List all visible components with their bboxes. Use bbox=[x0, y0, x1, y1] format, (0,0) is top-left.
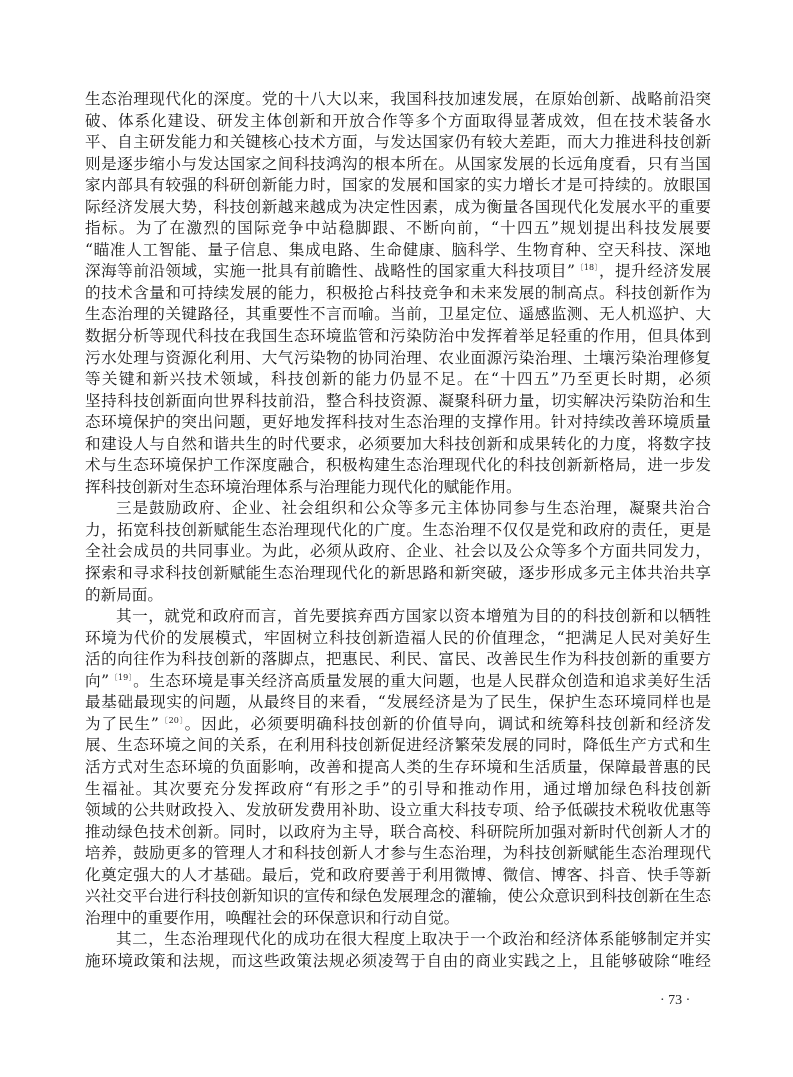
text-line: 三是鼓励政府、企业、社会组织和公众等多元主体协同参与生态治理，凝聚共治合 bbox=[85, 498, 711, 520]
text-line: 治理中的重要作用，唤醒社会的环保意识和行动自觉。 bbox=[85, 908, 711, 930]
text-line: 生福祉。其次要充分发挥政府“有形之手”的引导和推动作用，通过增加绿色科技创新 bbox=[85, 779, 711, 801]
text-line: 生态治理的关键路径，其重要性不言而喻。当前，卫星定位、遥感监测、无人机巡护、大 bbox=[85, 304, 711, 326]
text-line: 和建设人与自然和谐共生的时代要求，必须要加大科技创新和成果转化的力度，将数字技 bbox=[85, 434, 711, 456]
text-line: 态环境保护的突出问题，更好地发挥科技对生态治理的支撑作用。针对持续改善环境质量 bbox=[85, 412, 711, 434]
text-line: 则是逐步缩小与发达国家之间科技鸿沟的根本所在。从国家发展的长远角度看，只有当国 bbox=[85, 154, 711, 176]
text-line: 全社会成员的共同事业。为此，必须从政府、企业、社会以及公众等多个方面共同发力， bbox=[85, 541, 711, 563]
text-line: 最基础最现实的问题，从最终目的来看，“发展经济是为了民生，保护生态环境同样也是 bbox=[85, 692, 711, 714]
text-line: 的新局面。 bbox=[85, 585, 711, 607]
citation-marker: 〔19〕 bbox=[109, 673, 133, 682]
text-line: 领域的公共财政投入、发放研发费用补助、设立重大科技专项、给予低碳技术税收优惠等 bbox=[85, 800, 711, 822]
text-line: 为了民生”〔20〕。因此，必须要明确科技创新的价值导向，调试和统筹科技创新和经济… bbox=[85, 714, 711, 736]
text-line: 坚持科技创新面向世界科技前沿，整合科技资源、凝聚科研力量，切实解决污染防治和生 bbox=[85, 391, 711, 413]
text-line: 指标。为了在激烈的国际竞争中站稳脚跟、不断向前，“十四五”规划提出科技发展要 bbox=[85, 218, 711, 240]
text-line: 力，拓宽科技创新赋能生态治理现代化的广度。生态治理不仅仅是党和政府的责任，更是 bbox=[85, 520, 711, 542]
text-line: 化奠定强大的人才基础。最后，党和政府要善于利用微博、微信、博客、抖音、快手等新 bbox=[85, 865, 711, 887]
text-line: 数据分析等现代科技在我国生态环境监管和污染防治中发挥着举足轻重的作用，但具体到 bbox=[85, 326, 711, 348]
text-line: 等关键和新兴技术领域，科技创新的能力仍显不足。在“十四五”乃至更长时期，必须 bbox=[85, 369, 711, 391]
text-line: 际经济发展大势，科技创新越来越成为决定性因素，成为衡量各国现代化发展水平的重要 bbox=[85, 197, 711, 219]
text-line: “瞄准人工智能、量子信息、集成电路、生命健康、脑科学、生物育种、空天科技、深地 bbox=[85, 240, 711, 262]
text-line: 家内部具有较强的科研创新能力时，国家的发展和国家的实力增长才是可持续的。放眼国 bbox=[85, 175, 711, 197]
text-line: 其二，生态治理现代化的成功在很大程度上取决于一个政治和经济体系能够制定并实 bbox=[85, 929, 711, 951]
text-line: 培养，鼓励更多的管理人才和科技创新人才参与生态治理，为科技创新赋能生态治理现代 bbox=[85, 843, 711, 865]
text-line: 破、体系化建设、研发主体创新和开放合作等多个方面取得显著成效，但在技术装备水 bbox=[85, 111, 711, 133]
text-line: 平、自主研发能力和关键核心技术方面，与发达国家仍有较大差距，而大力推进科技创新 bbox=[85, 132, 711, 154]
text-line: 环境为代价的发展模式，牢固树立科技创新造福人民的价值理念，“把满足人民对美好生 bbox=[85, 628, 711, 650]
text-line: 推动绿色技术创新。同时，以政府为主导，联合高校、科研院所加强对新时代创新人才的 bbox=[85, 822, 711, 844]
citation-marker: 〔20〕 bbox=[159, 716, 185, 725]
text-line: 挥科技创新对生态环境治理体系与治理能力现代化的赋能作用。 bbox=[85, 477, 711, 499]
text-line: 污水处理与资源化利用、大气污染物的协同治理、农业面源污染治理、土壤污染治理修复 bbox=[85, 348, 711, 370]
citation-marker: 〔18〕 bbox=[575, 263, 599, 272]
text-line: 施环境政策和法规，而这些政策法规必须凌驾于自由的商业实践之上，且能够破除“唯经 bbox=[85, 951, 711, 973]
document-page: 生态治理现代化的深度。党的十八大以来，我国科技加速发展，在原始创新、战略前沿突破… bbox=[85, 89, 711, 972]
text-line: 其一，就党和政府而言，首先要摈弃西方国家以资本增殖为目的的科技创新和以牺牲 bbox=[85, 606, 711, 628]
text-line: 探索和寻求科技创新赋能生态治理现代化的新思路和新突破，逐步形成多元主体共治共享 bbox=[85, 563, 711, 585]
text-line: 的技术含量和可持续发展的能力，积极抢占科技竞争和未来发展的制高点。科技创新作为 bbox=[85, 283, 711, 305]
text-line: 向”〔19〕。生态环境是事关经济高质量发展的重大问题，也是人民群众创造和追求美好… bbox=[85, 671, 711, 693]
text-line: 活方式对生态环境的负面影响，改善和提高人类的生存环境和生活质量，保障最普惠的民 bbox=[85, 757, 711, 779]
text-line: 兴社交平台进行科技创新知识的宣传和绿色发展理念的灌输，使公众意识到科技创新在生态 bbox=[85, 886, 711, 908]
text-line: 术与生态环境保护工作深度融合，积极构建生态治理现代化的科技创新新格局，进一步发 bbox=[85, 455, 711, 477]
page-number: · 73 · bbox=[660, 993, 690, 1009]
text-line: 生态治理现代化的深度。党的十八大以来，我国科技加速发展，在原始创新、战略前沿突 bbox=[85, 89, 711, 111]
text-line: 展、生态环境之间的关系，在利用科技创新促进经济繁荣发展的同时，降低生产方式和生 bbox=[85, 735, 711, 757]
text-line: 活的向往作为科技创新的落脚点，把惠民、利民、富民、改善民生作为科技创新的重要方 bbox=[85, 649, 711, 671]
text-line: 深海等前沿领域，实施一批具有前瞻性、战略性的国家重大科技项目”〔18〕，提升经济… bbox=[85, 261, 711, 283]
